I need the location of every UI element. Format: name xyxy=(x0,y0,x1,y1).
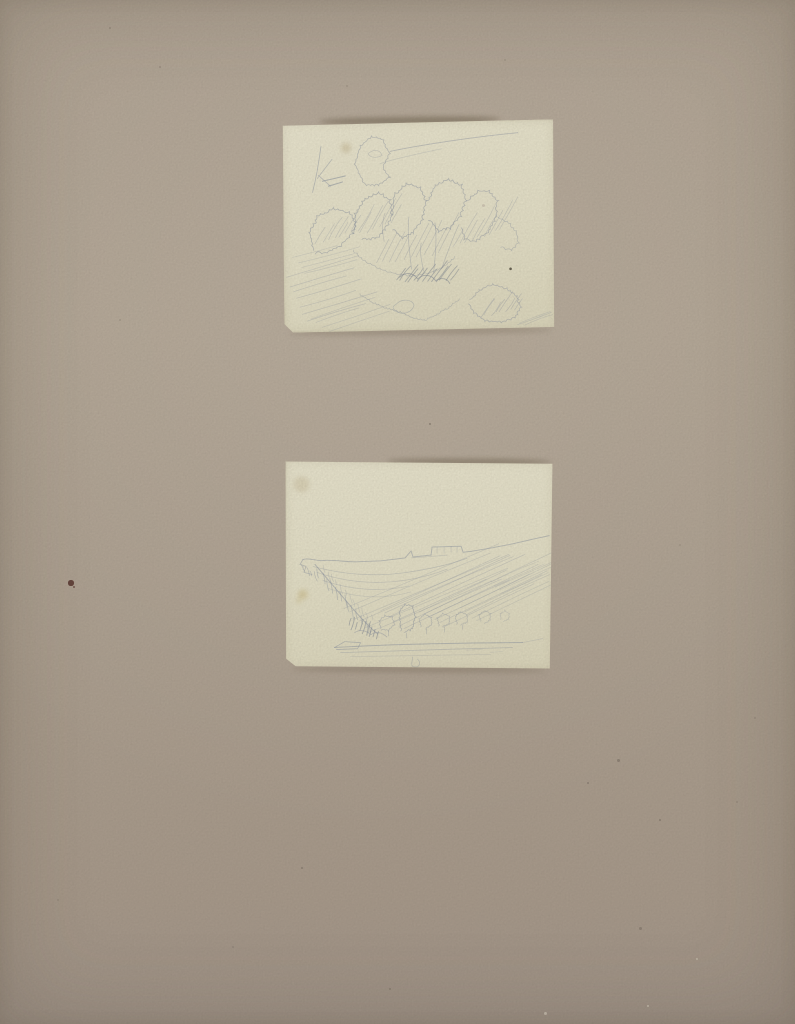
sketch-sheet-hillside xyxy=(284,460,553,669)
page-speck xyxy=(754,717,757,720)
pencil-stroke xyxy=(368,150,382,157)
page-speck xyxy=(429,423,432,426)
page-speck xyxy=(647,1005,650,1008)
page-speck xyxy=(587,782,590,785)
pencil-stroke xyxy=(311,297,390,332)
pencil-stroke xyxy=(317,159,332,186)
pencil-stroke xyxy=(461,190,499,242)
page-speck xyxy=(544,1012,547,1015)
page-speck xyxy=(736,801,738,803)
pencil-stroke xyxy=(303,550,431,562)
page-speck xyxy=(389,988,392,991)
pencil-stroke xyxy=(359,194,402,234)
sketch-sheet-trees xyxy=(282,119,557,333)
page-speck xyxy=(696,958,698,960)
pencil-stroke xyxy=(396,261,459,283)
pencil-stroke xyxy=(408,217,412,269)
paper-stain xyxy=(341,143,351,153)
pencil-stroke xyxy=(381,554,525,630)
page-speck xyxy=(159,66,161,68)
page-speck xyxy=(119,319,121,321)
paper-stain xyxy=(293,476,309,492)
pencil-stroke xyxy=(390,182,427,239)
pencil-stroke xyxy=(517,312,552,326)
paper-stain xyxy=(296,597,302,603)
pencil-stroke xyxy=(315,204,375,243)
page-speck xyxy=(482,204,485,207)
page-speck xyxy=(639,927,642,930)
pencil-stroke xyxy=(379,615,395,631)
pencil-stroke xyxy=(500,610,510,621)
pencil-stroke xyxy=(468,283,522,323)
pencil-stroke xyxy=(424,299,460,321)
pencil-stroke xyxy=(393,300,414,313)
trees-study-drawing xyxy=(282,119,557,333)
pencil-stroke xyxy=(335,642,361,650)
pencil-stroke xyxy=(376,213,460,263)
pencil-stroke xyxy=(390,133,518,152)
page-speck xyxy=(504,59,506,61)
sheet-paper-surface xyxy=(282,119,557,333)
hillside-study-drawing xyxy=(284,460,553,669)
paper-speck xyxy=(509,267,512,270)
album-page xyxy=(0,0,795,1024)
pencil-stroke xyxy=(467,649,503,652)
pencil-stroke xyxy=(312,146,322,192)
page-speck xyxy=(109,27,111,29)
page-speck xyxy=(617,759,620,762)
pencil-stroke xyxy=(335,642,523,649)
page-speck xyxy=(68,580,73,585)
pencil-stroke xyxy=(471,535,549,551)
pencil-stroke xyxy=(354,136,391,187)
page-speck xyxy=(346,85,349,88)
pencil-stroke xyxy=(317,568,447,582)
sheet-paper-surface xyxy=(284,460,553,669)
pencil-stroke xyxy=(341,647,513,654)
pencil-stroke xyxy=(420,243,423,271)
pencil-stroke xyxy=(300,559,312,574)
pencil-stroke xyxy=(353,192,394,241)
page-speck xyxy=(659,819,662,822)
pencil-stroke xyxy=(481,291,523,317)
page-speck xyxy=(679,544,681,546)
page-speck xyxy=(73,586,76,589)
page-speck xyxy=(57,899,59,901)
pencil-stroke xyxy=(452,197,518,247)
pencil-stroke xyxy=(351,654,491,658)
pencil-stroke xyxy=(380,149,442,164)
pencil-stroke xyxy=(322,176,345,186)
pencil-stroke xyxy=(360,293,424,321)
page-speck xyxy=(301,867,304,870)
page-speck xyxy=(232,946,234,948)
pencil-stroke xyxy=(412,657,420,667)
pencil-stroke xyxy=(523,639,543,643)
